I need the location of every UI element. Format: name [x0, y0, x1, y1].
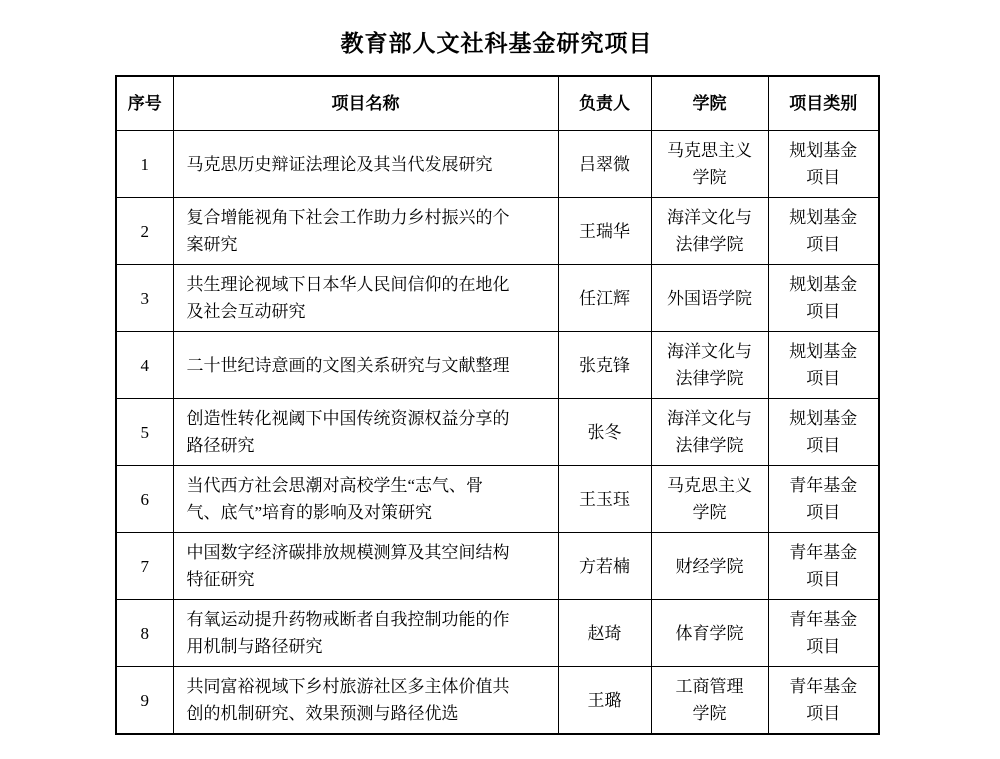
project-name: 创造性转化视阈下中国传统资源权益分享的路径研究: [173, 399, 558, 466]
category-name: 规划基金 项目: [768, 198, 879, 265]
header-leader: 负责人: [558, 76, 651, 131]
college-name: 马克思主义 学院: [651, 131, 768, 198]
table-body: 1 马克思历史辩证法理论及其当代发展研究 吕翠微 马克思主义 学院 规划基金 项…: [116, 131, 879, 735]
project-name: 复合增能视角下社会工作助力乡村振兴的个案研究: [173, 198, 558, 265]
row-index: 5: [116, 399, 173, 466]
category-name: 青年基金 项目: [768, 600, 879, 667]
category-name: 规划基金 项目: [768, 399, 879, 466]
table-row: 4 二十世纪诗意画的文图关系研究与文献整理 张克锋 海洋文化与 法律学院 规划基…: [116, 332, 879, 399]
category-name: 青年基金 项目: [768, 667, 879, 735]
header-category: 项目类别: [768, 76, 879, 131]
leader-name: 吕翠微: [558, 131, 651, 198]
header-row: 序号 项目名称 负责人 学院 项目类别: [116, 76, 879, 131]
category-name: 青年基金 项目: [768, 466, 879, 533]
college-name: 体育学院: [651, 600, 768, 667]
college-name: 海洋文化与 法律学院: [651, 198, 768, 265]
row-index: 6: [116, 466, 173, 533]
header-project-name: 项目名称: [173, 76, 558, 131]
table-row: 6 当代西方社会思潮对高校学生“志气、骨气、底气”培育的影响及对策研究 王玉珏 …: [116, 466, 879, 533]
college-name: 财经学院: [651, 533, 768, 600]
table-row: 2 复合增能视角下社会工作助力乡村振兴的个案研究 王瑞华 海洋文化与 法律学院 …: [116, 198, 879, 265]
leader-name: 张克锋: [558, 332, 651, 399]
college-name: 海洋文化与 法律学院: [651, 399, 768, 466]
page-title: 教育部人文社科基金研究项目: [115, 31, 878, 56]
project-name: 共同富裕视域下乡村旅游社区多主体价值共创的机制研究、效果预测与路径优选: [173, 667, 558, 735]
project-name: 有氧运动提升药物戒断者自我控制功能的作用机制与路径研究: [173, 600, 558, 667]
college-name: 外国语学院: [651, 265, 768, 332]
row-index: 7: [116, 533, 173, 600]
leader-name: 任江辉: [558, 265, 651, 332]
college-name: 工商管理 学院: [651, 667, 768, 735]
category-name: 规划基金 项目: [768, 265, 879, 332]
table-row: 1 马克思历史辩证法理论及其当代发展研究 吕翠微 马克思主义 学院 规划基金 项…: [116, 131, 879, 198]
project-name: 当代西方社会思潮对高校学生“志气、骨气、底气”培育的影响及对策研究: [173, 466, 558, 533]
category-name: 规划基金 项目: [768, 131, 879, 198]
row-index: 8: [116, 600, 173, 667]
project-name: 中国数字经济碳排放规模测算及其空间结构特征研究: [173, 533, 558, 600]
row-index: 3: [116, 265, 173, 332]
college-name: 海洋文化与 法律学院: [651, 332, 768, 399]
leader-name: 王瑞华: [558, 198, 651, 265]
table-header: 序号 项目名称 负责人 学院 项目类别: [116, 76, 879, 131]
row-index: 2: [116, 198, 173, 265]
category-name: 规划基金 项目: [768, 332, 879, 399]
project-name: 共生理论视域下日本华人民间信仰的在地化及社会互动研究: [173, 265, 558, 332]
leader-name: 方若楠: [558, 533, 651, 600]
header-college: 学院: [651, 76, 768, 131]
row-index: 1: [116, 131, 173, 198]
table-row: 3 共生理论视域下日本华人民间信仰的在地化及社会互动研究 任江辉 外国语学院 规…: [116, 265, 879, 332]
leader-name: 赵琦: [558, 600, 651, 667]
header-index: 序号: [116, 76, 173, 131]
project-name: 马克思历史辩证法理论及其当代发展研究: [173, 131, 558, 198]
category-name: 青年基金 项目: [768, 533, 879, 600]
project-name: 二十世纪诗意画的文图关系研究与文献整理: [173, 332, 558, 399]
college-name: 马克思主义 学院: [651, 466, 768, 533]
projects-table: 序号 项目名称 负责人 学院 项目类别 1 马克思历史辩证法理论及其当代发展研究…: [115, 75, 880, 735]
row-index: 9: [116, 667, 173, 735]
leader-name: 张冬: [558, 399, 651, 466]
leader-name: 王璐: [558, 667, 651, 735]
leader-name: 王玉珏: [558, 466, 651, 533]
table-row: 8 有氧运动提升药物戒断者自我控制功能的作用机制与路径研究 赵琦 体育学院 青年…: [116, 600, 879, 667]
row-index: 4: [116, 332, 173, 399]
table-row: 5 创造性转化视阈下中国传统资源权益分享的路径研究 张冬 海洋文化与 法律学院 …: [116, 399, 879, 466]
table-row: 7 中国数字经济碳排放规模测算及其空间结构特征研究 方若楠 财经学院 青年基金 …: [116, 533, 879, 600]
document-page: 教育部人文社科基金研究项目 序号 项目名称 负责人 学院 项目类别 1 马克思历…: [115, 31, 878, 735]
table-row: 9 共同富裕视域下乡村旅游社区多主体价值共创的机制研究、效果预测与路径优选 王璐…: [116, 667, 879, 735]
